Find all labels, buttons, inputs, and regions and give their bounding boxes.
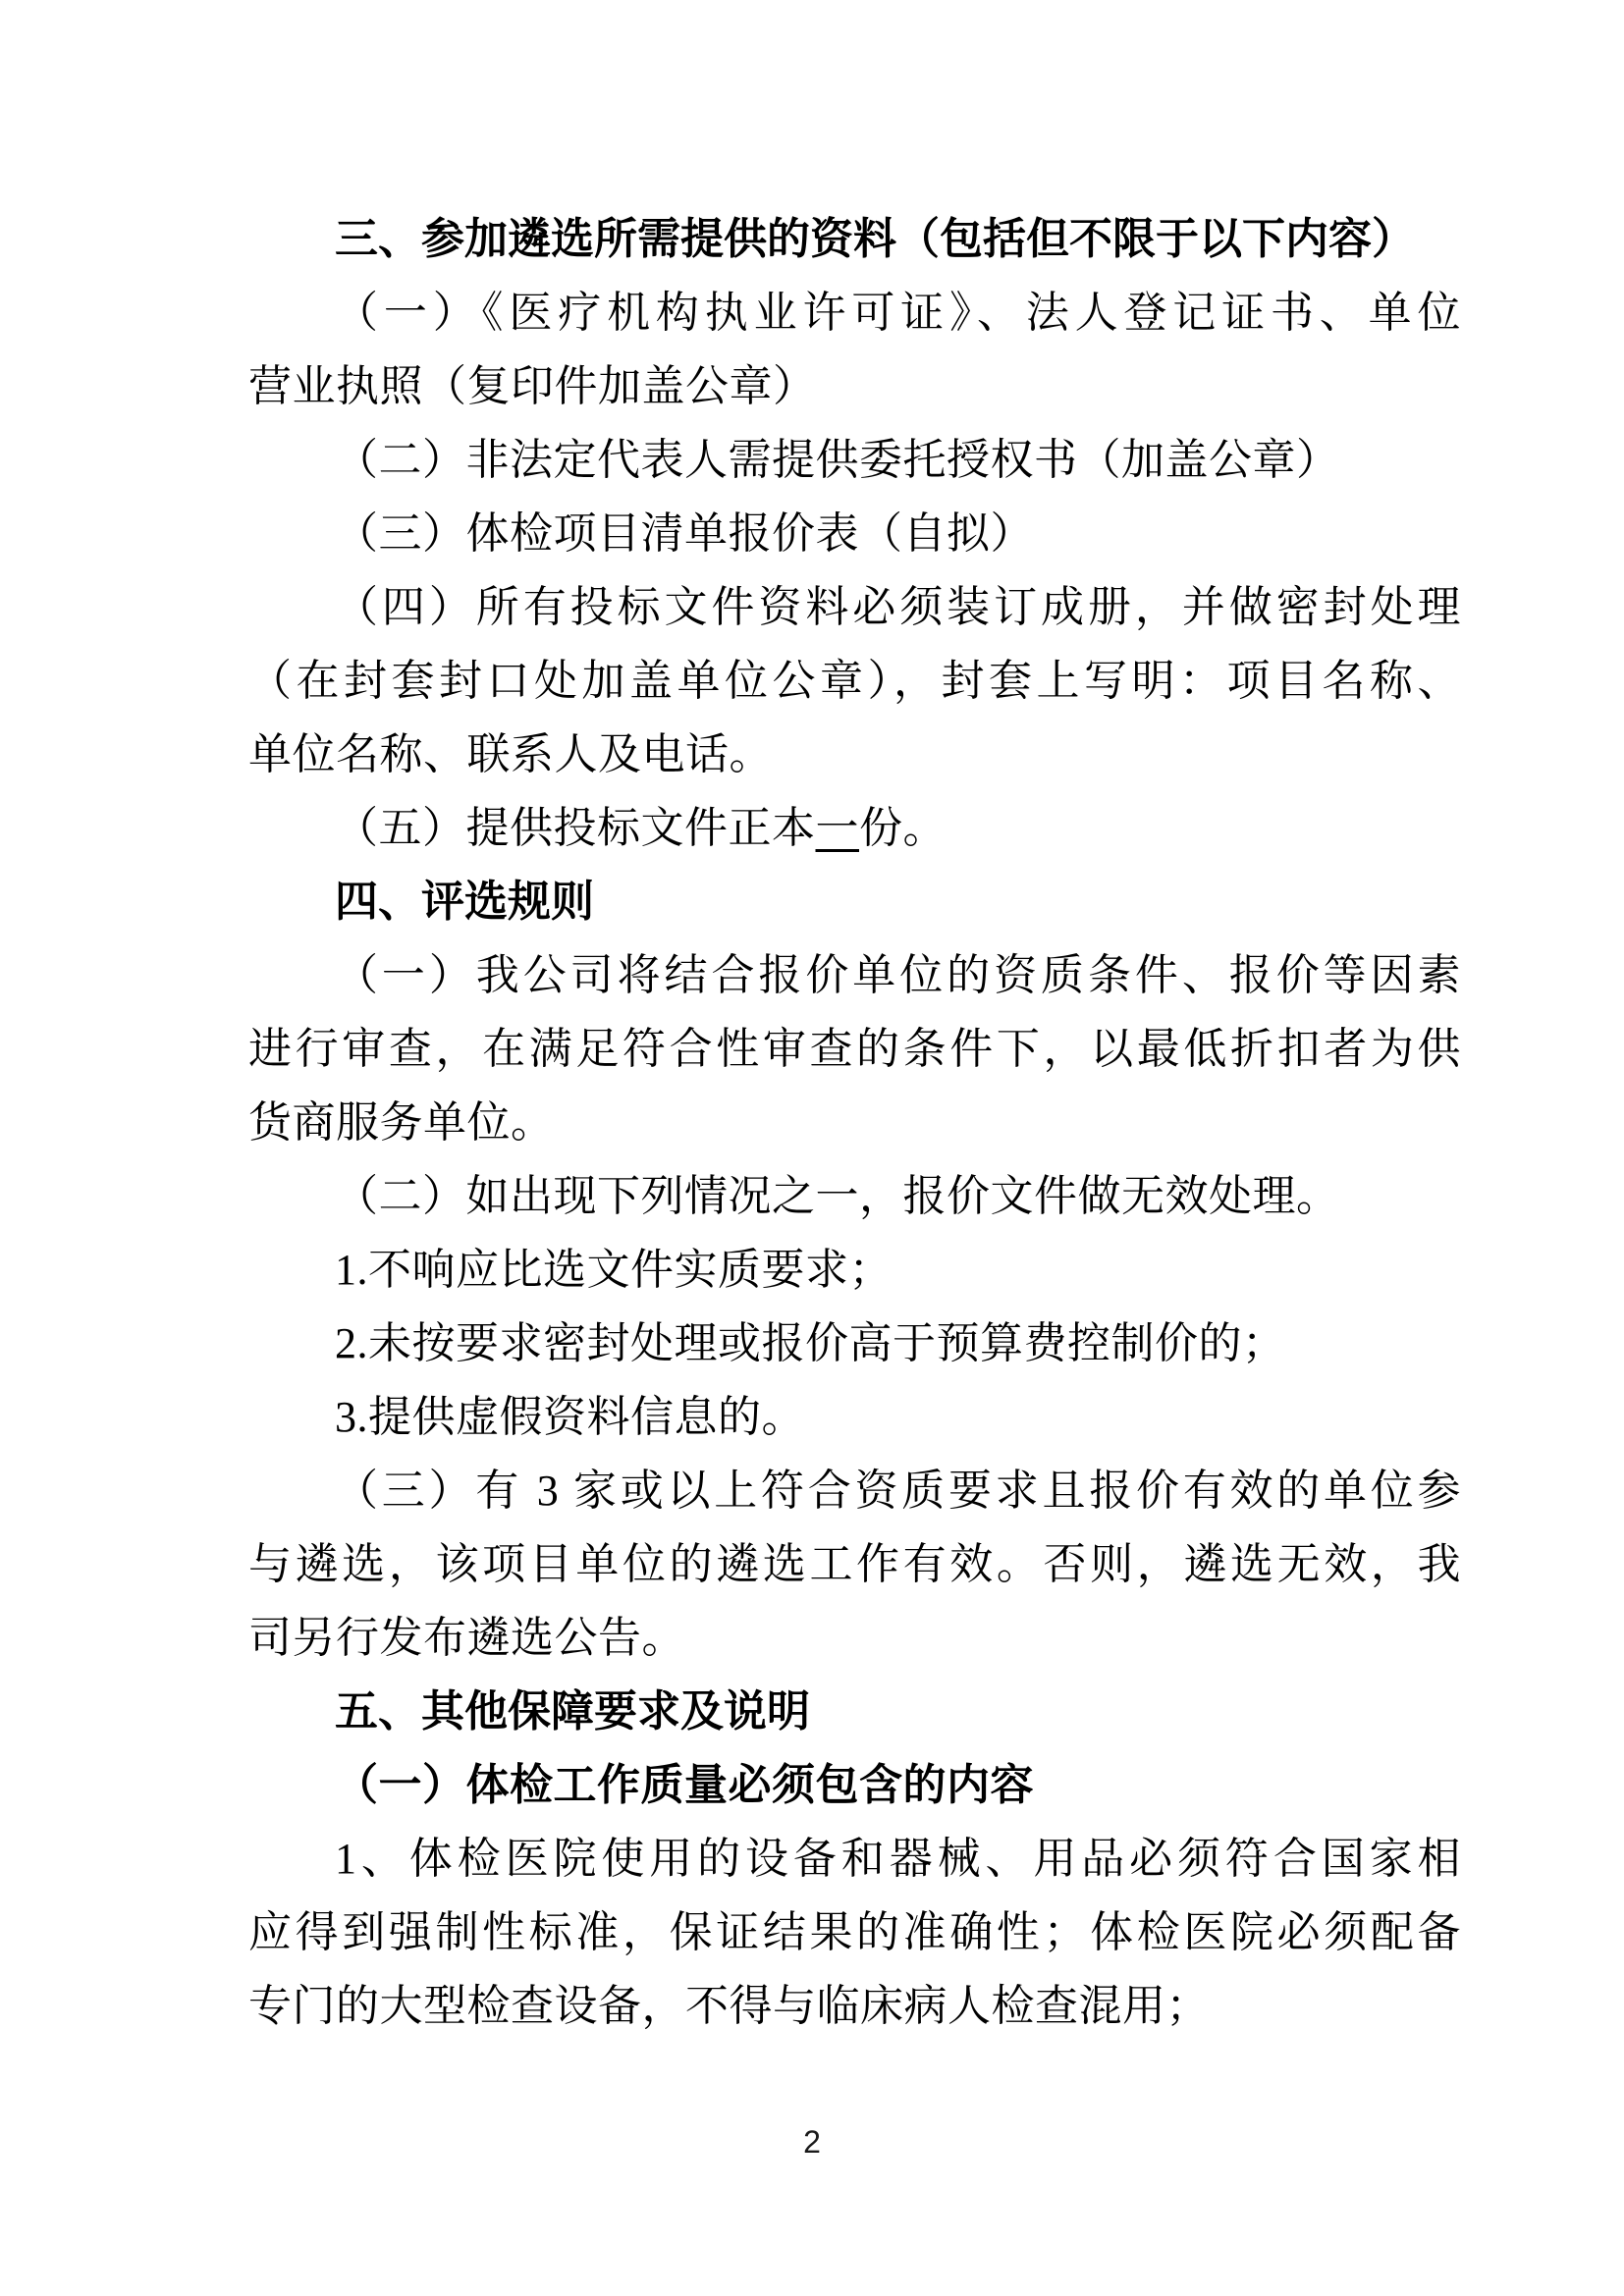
paragraph-line: （四）所有投标文件资料必须装订成册，并做密封处理 xyxy=(248,570,1461,644)
paragraph-line: （二）如出现下列情况之一，报价文件做无效处理。 xyxy=(248,1159,1461,1233)
paragraph-line: （五）提供投标文件正本一份。 xyxy=(248,791,1461,865)
paragraph-line: （二）非法定代表人需提供委托授权书（加盖公章） xyxy=(248,423,1461,497)
paragraph-text: （五）提供投标文件正本 xyxy=(335,804,816,852)
section-heading-5: 五、其他保障要求及说明 xyxy=(248,1675,1461,1748)
section-heading-3: 三、参加遴选所需提供的资料（包括但不限于以下内容） xyxy=(248,202,1461,276)
paragraph-line: 1、体检医院使用的设备和器械、用品必须符合国家相 xyxy=(248,1822,1461,1896)
paragraph-line: 应得到强制性标准，保证结果的准确性；体检医院必须配备 xyxy=(248,1896,1461,1969)
section-heading-4: 四、评选规则 xyxy=(248,865,1461,938)
paragraph-line: 单位名称、联系人及电话。 xyxy=(248,718,1461,791)
paragraph-line: 与遴选，该项目单位的遴选工作有效。否则，遴选无效，我 xyxy=(248,1527,1461,1601)
paragraph-text: 份。 xyxy=(859,804,947,852)
document-page: 三、参加遴选所需提供的资料（包括但不限于以下内容） （一）《医疗机构执业许可证》… xyxy=(0,0,1624,2296)
underlined-count: 一 xyxy=(816,804,860,852)
paragraph-line: （一）我公司将结合报价单位的资质条件、报价等因素 xyxy=(248,938,1461,1012)
paragraph-line: （三）有 3 家或以上符合资质要求且报价有效的单位参 xyxy=(248,1454,1461,1527)
list-item-line: 1.不响应比选文件实质要求； xyxy=(248,1233,1461,1307)
paragraph-line: 专门的大型检查设备，不得与临床病人检查混用； xyxy=(248,1969,1461,2043)
paragraph-line: 货商服务单位。 xyxy=(248,1086,1461,1159)
paragraph-line: （在封套封口处加盖单位公章），封套上写明：项目名称、 xyxy=(248,644,1461,718)
page-number: 2 xyxy=(0,2122,1624,2162)
document-body: 三、参加遴选所需提供的资料（包括但不限于以下内容） （一）《医疗机构执业许可证》… xyxy=(248,202,1461,2043)
list-item-line: 2.未按要求密封处理或报价高于预算费控制价的； xyxy=(248,1307,1461,1380)
paragraph-line: 营业执照（复印件加盖公章） xyxy=(248,349,1461,423)
paragraph-line: （一）《医疗机构执业许可证》、法人登记证书、单位 xyxy=(248,276,1461,349)
paragraph-line: 司另行发布遴选公告。 xyxy=(248,1601,1461,1675)
paragraph-line: （三）体检项目清单报价表（自拟） xyxy=(248,497,1461,570)
subsection-heading: （一）体检工作质量必须包含的内容 xyxy=(248,1748,1461,1822)
paragraph-line: 进行审查，在满足符合性审查的条件下，以最低折扣者为供 xyxy=(248,1012,1461,1086)
list-item-line: 3.提供虚假资料信息的。 xyxy=(248,1380,1461,1454)
